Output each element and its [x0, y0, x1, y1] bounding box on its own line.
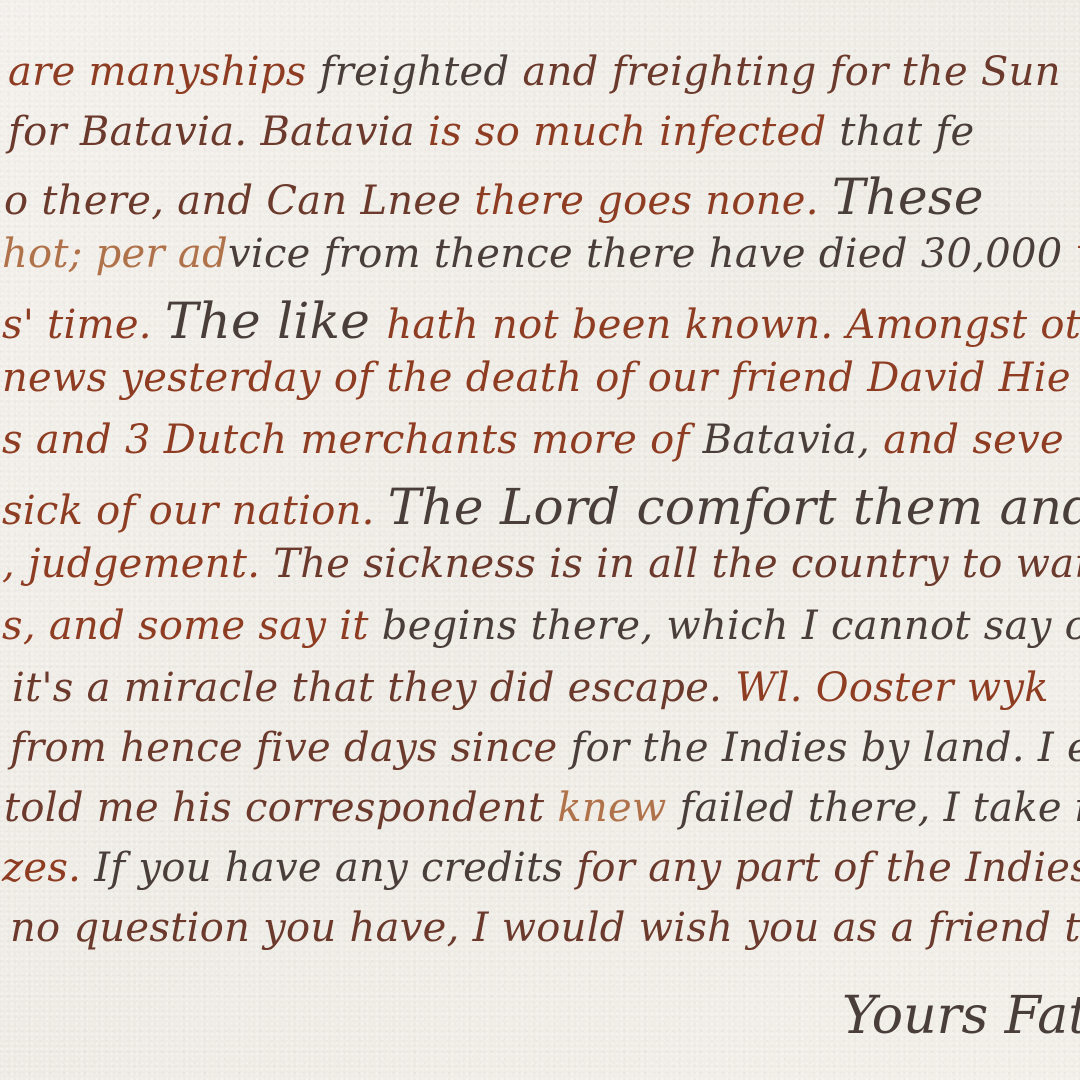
line-4-seg-1: hot; per ad — [2, 231, 228, 277]
line-10-seg-2: begins there, which I cannot say of a — [382, 603, 1080, 649]
letter-line-5: s' time. The like hath not been known. A… — [2, 296, 1080, 346]
handwritten-letter-page: are manyships freighted and freighting f… — [0, 0, 1080, 1080]
line-3-seg-3: These — [832, 168, 984, 226]
letter-line-8: sick of our nation. The Lord comfort the… — [2, 482, 1080, 532]
line-13-seg-1: told me his correspondent — [4, 785, 557, 831]
line-11-seg-1: it's a miracle that they did escape. — [12, 665, 735, 711]
line-5-seg-1: s' time. — [2, 302, 165, 348]
letter-line-4: hot; per advice from thence there have d… — [2, 234, 1080, 274]
letter-line-10: s, and some say it begins there, which I… — [2, 606, 1080, 646]
line-14-seg-1: zes. — [2, 845, 94, 891]
line-7-seg-1: s and 3 Dutch merchants more of — [2, 417, 703, 463]
line-8-seg-2: The Lord comfort them and ce — [388, 478, 1080, 536]
line-14-seg-3: for any part of the Indies — [576, 845, 1080, 891]
letter-line-11: it's a miracle that they did escape. Wl.… — [12, 668, 1049, 708]
line-14-seg-2: If you have any credits — [94, 845, 576, 891]
line-5-seg-2: The like — [165, 292, 387, 350]
line-5-seg-3: hath not been known. Amongst ot — [386, 302, 1080, 348]
line-2-seg-2: is so much infected — [428, 109, 839, 155]
letter-line-15: no question you have, I would wish you a… — [10, 908, 1080, 948]
line-9-seg-2: The sickness is in all the country to wa… — [273, 541, 1080, 587]
line-10-seg-1: s, and some say it — [2, 603, 382, 649]
line-7-seg-3: and seve — [883, 417, 1064, 463]
signature: Yours Fat — [842, 990, 1080, 1042]
letter-line-9: , judgement. The sickness is in all the … — [2, 544, 1080, 584]
line-2-seg-1: for Batavia. Batavia — [8, 109, 428, 155]
line-3-seg-2: there goes none. — [474, 178, 831, 224]
letter-line-13: told me his correspondent knew failed th… — [4, 788, 1080, 828]
line-4-seg-3: wit — [1076, 231, 1080, 277]
line-2-seg-3: that fe — [839, 109, 974, 155]
line-1-seg-2: freighted — [320, 49, 523, 95]
letter-line-2: for Batavia. Batavia is so much infected… — [8, 112, 974, 152]
letter-line-1: are manyships freighted and freighting f… — [8, 52, 1061, 92]
line-1-seg-1: are manyships — [8, 49, 320, 95]
line-12-seg-1: from hence five days since — [10, 725, 570, 771]
line-13-seg-3: failed there, I take it — [680, 785, 1080, 831]
letter-line-7: s and 3 Dutch merchants more of Batavia,… — [2, 420, 1064, 460]
line-13-seg-2: knew — [557, 785, 679, 831]
line-15-seg-1: no question you have, I would wish you a… — [10, 905, 1080, 951]
letter-line-3: o there, and Can Lnee there goes none. T… — [4, 172, 984, 222]
letter-line-14: zes. If you have any credits for any par… — [2, 848, 1080, 888]
line-3-seg-1: o there, and Can Lnee — [4, 178, 474, 224]
letter-line-12: from hence five days since for the Indie… — [10, 728, 1080, 768]
line-11-seg-2: Wl. Ooster wyk — [735, 665, 1049, 711]
line-4-seg-2: vice from thence there have died 30,000 — [228, 231, 1076, 277]
line-9-seg-1: , judgement. — [2, 541, 273, 587]
line-6-seg-1: news yesterday of the death of our frien… — [2, 355, 1071, 401]
line-12-seg-2: for the Indies by land. I e — [570, 725, 1080, 771]
line-8-seg-1: sick of our nation. — [2, 488, 388, 534]
line-7-seg-2: Batavia, — [703, 417, 884, 463]
line-1-seg-3: and freighting for the Sun — [522, 49, 1060, 95]
letter-line-6: news yesterday of the death of our frien… — [2, 358, 1071, 398]
